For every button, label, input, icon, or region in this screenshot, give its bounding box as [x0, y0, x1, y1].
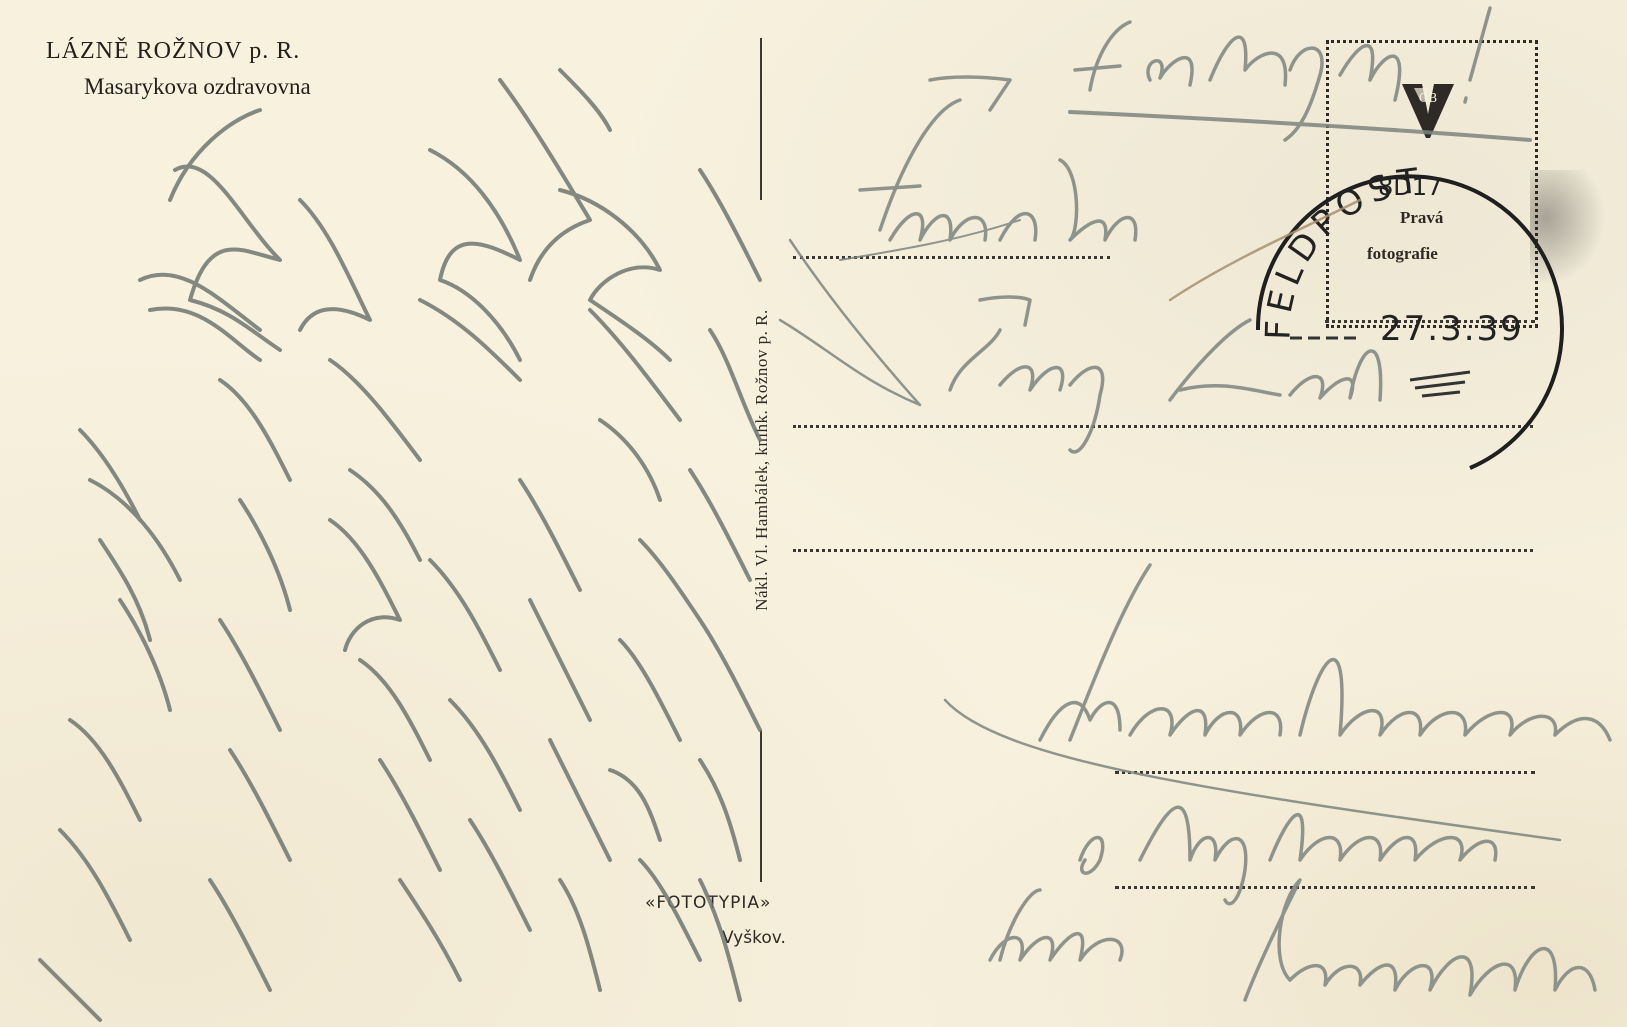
handwritten-address-line-4: b. Gablonz (handwritten, partly illegibl…	[1080, 820, 1101, 821]
address-line-5	[1115, 886, 1535, 889]
printed-subtitle: Masarykova ozdravovna	[84, 74, 311, 100]
svg-text:27.3.39: 27.3.39	[1380, 309, 1524, 349]
publisher-logo-icon: GB	[1400, 80, 1456, 140]
handwritten-header-note: Feldpost!	[1090, 40, 1095, 41]
printer-name: «FOTOTYPIA»	[645, 893, 771, 913]
divider-line-top	[760, 38, 762, 200]
handwritten-address-line-2: Fritz Lech	[950, 340, 955, 341]
postcard-back: LÁZNĚ ROŽNOV p. R. Masarykova ozdravovna…	[0, 0, 1627, 1027]
address-line-1	[793, 256, 1110, 259]
handwritten-address-line-3: Markersdorf (handwritten, partly illegib…	[1040, 690, 1062, 691]
svg-text:GB: GB	[1419, 91, 1438, 105]
handwritten-address-line-5: Sudeten Gau (handwritten, partly illegib…	[1000, 930, 1022, 931]
publisher-imprint: Nákl. Vl. Hambálek, knihk. Rožnov p. R.	[752, 309, 772, 611]
svg-text:8D17: 8D17	[1378, 173, 1442, 201]
handwritten-message: Handwritten message in cursive, written …	[60, 500, 99, 501]
printer-city: Vyškov.	[722, 928, 786, 948]
printed-title: LÁZNĚ ROŽNOV p. R.	[46, 38, 300, 65]
address-line-4	[1115, 771, 1535, 774]
divider-line-bottom	[760, 730, 762, 882]
feldpost-postmark: FELDPOST 8D17 27.3.39	[1240, 150, 1610, 500]
address-line-3	[793, 549, 1533, 552]
handwritten-address-line-1: Familie	[860, 180, 864, 181]
